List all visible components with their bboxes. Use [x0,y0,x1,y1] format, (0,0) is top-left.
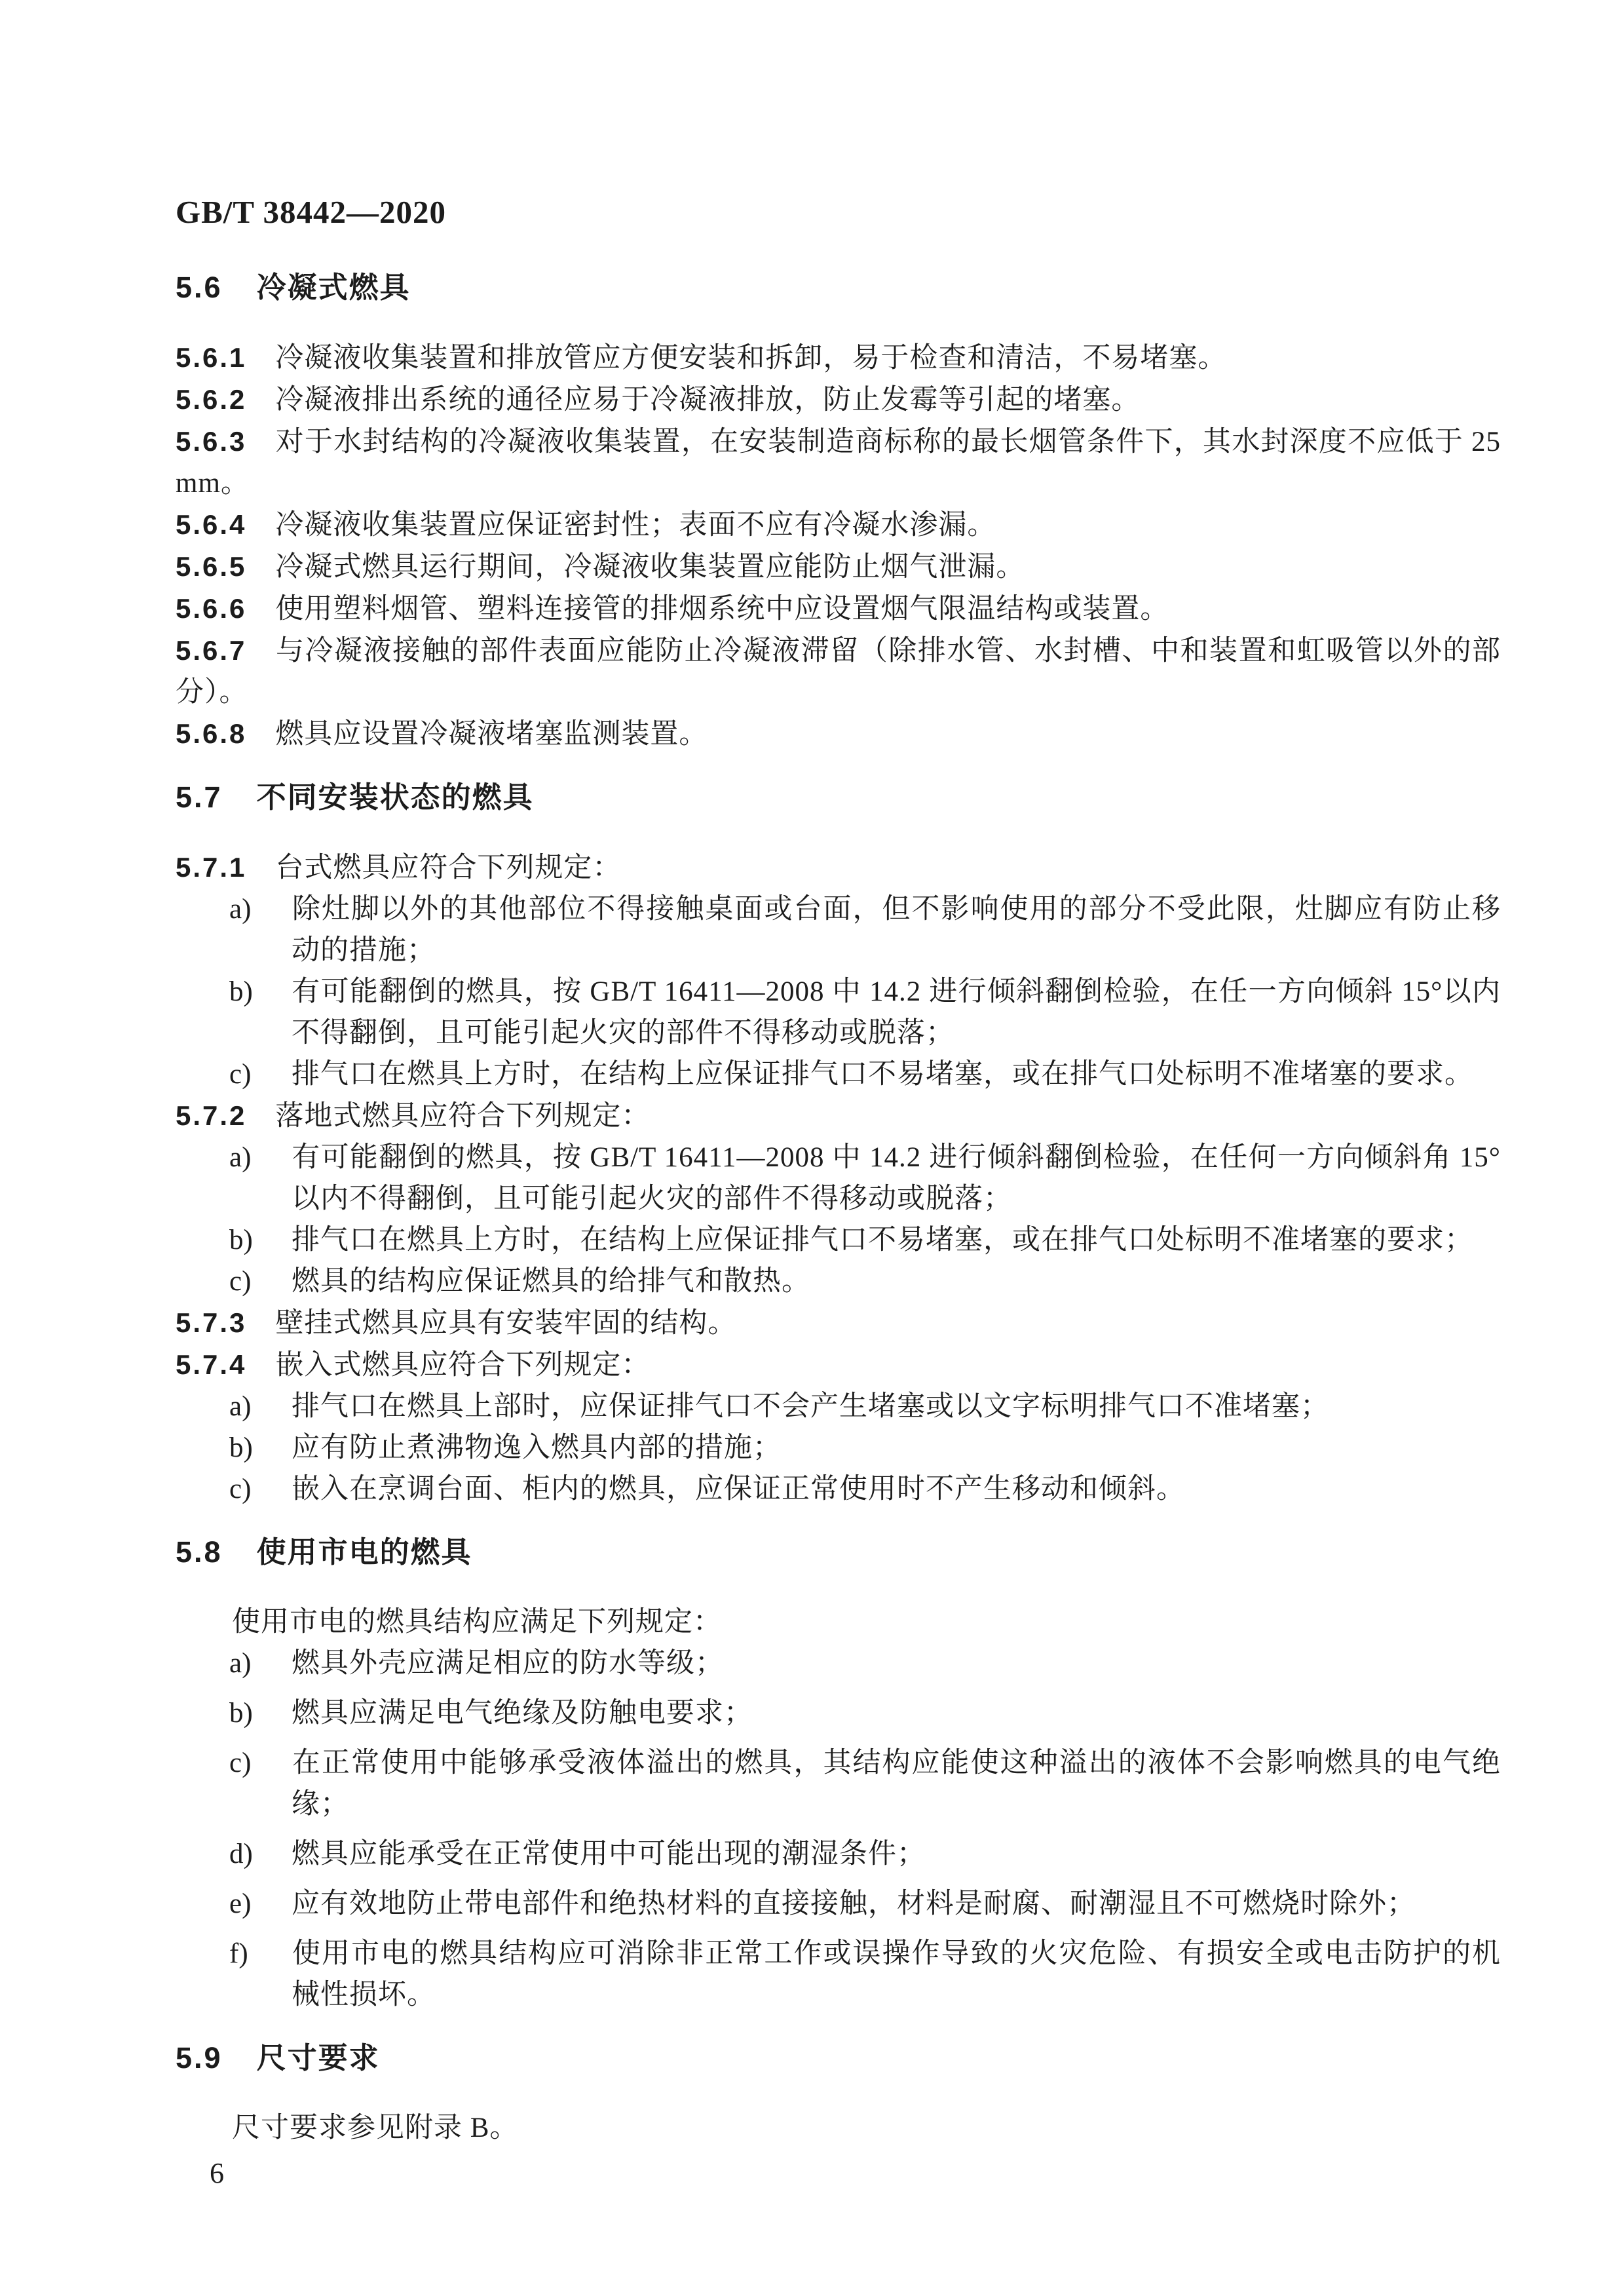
clause-5-6-6: 5.6.6使用塑料烟管、塑料连接管的排烟系统中应设置烟气限温结构或装置。 [176,588,1501,630]
clause-text: 台式燃具应符合下列规定： [275,852,621,883]
item-text: 排气口在燃具上部时，应保证排气口不会产生堵塞或以文字标明排气口不准堵塞； [292,1391,1329,1422]
item-marker: b) [229,1427,292,1468]
list-item-5-8-d: d)燃具应能承受在正常使用中可能出现的潮湿条件； [229,1833,1501,1875]
item-text: 燃具应满足电气绝缘及防触电要求； [292,1698,753,1729]
clause-text: 嵌入式燃具应符合下列规定： [275,1350,650,1381]
clause-text: 冷凝液收集装置和排放管应方便安装和拆卸，易于检查和清洁，不易堵塞。 [275,343,1226,373]
list-item-5-7-2-a: a)有可能翻倒的燃具，按 GB/T 16411—2008 中 14.2 进行倾斜… [229,1137,1501,1219]
list-item-5-7-1-b: b)有可能翻倒的燃具，按 GB/T 16411—2008 中 14.2 进行倾斜… [229,971,1501,1054]
list-item-5-7-4-c: c)嵌入在烹调台面、柜内的燃具，应保证正常使用时不产生移动和倾斜。 [229,1468,1501,1510]
list-item-5-8-f: f)使用市电的燃具结构应可消除非正常工作或误操作导致的火灾危险、有损安全或电击防… [229,1933,1501,2016]
clause-number: 5.6.3 [176,426,246,457]
document-page: GB/T 38442—2020 5.6冷凝式燃具 5.6.1冷凝液收集装置和排放… [0,0,1624,2296]
list-item-5-7-1-c: c)排气口在燃具上方时，在结构上应保证排气口不易堵塞，或在排气口处标明不准堵塞的… [229,1054,1501,1095]
clause-number: 5.7.4 [176,1349,246,1380]
clause-5-6-1: 5.6.1冷凝液收集装置和排放管应方便安装和拆卸，易于检查和清洁，不易堵塞。 [176,337,1501,379]
clause-number: 5.6.2 [176,384,246,415]
clause-text: 冷凝式燃具运行期间，冷凝液收集装置应能防止烟气泄漏。 [275,552,1025,583]
list-item-5-8-b: b)燃具应满足电气绝缘及防触电要求； [229,1693,1501,1734]
section-number: 5.9 [176,2041,223,2075]
item-marker: c) [229,1742,292,1784]
clause-text: 落地式燃具应符合下列规定： [275,1101,650,1132]
paragraph-5-9: 尺寸要求参见附录 B。 [176,2107,1501,2149]
item-marker: b) [229,971,292,1012]
item-marker: a) [229,1643,292,1684]
list-item-5-8-a: a)燃具外壳应满足相应的防水等级； [229,1643,1501,1684]
section-number: 5.6 [176,271,223,304]
clause-text: 冷凝液收集装置应保证密封性；表面不应有冷凝水渗漏。 [275,510,996,541]
clause-number: 5.6.1 [176,342,246,373]
clause-number: 5.6.7 [176,635,246,666]
item-marker: a) [229,889,292,930]
item-marker: f) [229,1933,292,1974]
clause-text: 使用塑料烟管、塑料连接管的排烟系统中应设置烟气限温结构或装置。 [275,594,1169,624]
item-text: 燃具的结构应保证燃具的给排气和散热。 [292,1266,810,1297]
list-item-5-7-4-b: b)应有防止煮沸物逸入燃具内部的措施； [229,1427,1501,1468]
section-heading-5-8: 5.8使用市电的燃具 [176,1533,1501,1571]
item-text: 在正常使用中能够承受液体溢出的燃具，其结构应能使这种溢出的液体不会影响燃具的电气… [292,1748,1501,1820]
item-marker: e) [229,1883,292,1924]
clause-number: 5.6.6 [176,593,246,624]
clause-5-7-4: 5.7.4嵌入式燃具应符合下列规定： [176,1344,1501,1386]
clause-5-6-8: 5.6.8燃具应设置冷凝液堵塞监测装置。 [176,713,1501,755]
section-title: 冷凝式燃具 [257,271,411,304]
clause-number: 5.7.3 [176,1307,246,1338]
list-item-5-7-2-b: b)排气口在燃具上方时，在结构上应保证排气口不易堵塞，或在排气口处标明不准堵塞的… [229,1219,1501,1261]
item-marker: a) [229,1386,292,1427]
item-text: 除灶脚以外的其他部位不得接触桌面或台面，但不影响使用的部分不受此限，灶脚应有防止… [292,894,1501,966]
list-item-5-7-4-a: a)排气口在燃具上部时，应保证排气口不会产生堵塞或以文字标明排气口不准堵塞； [229,1386,1501,1427]
section-number: 5.7 [176,780,223,814]
paragraph-5-8-intro: 使用市电的燃具结构应满足下列规定： [176,1601,1501,1643]
clause-5-7-1: 5.7.1台式燃具应符合下列规定： [176,847,1501,889]
clause-5-6-5: 5.6.5冷凝式燃具运行期间，冷凝液收集装置应能防止烟气泄漏。 [176,546,1501,588]
clause-number: 5.7.1 [176,852,246,883]
item-text: 有可能翻倒的燃具，按 GB/T 16411—2008 中 14.2 进行倾斜翻倒… [292,1142,1501,1214]
item-text: 排气口在燃具上方时，在结构上应保证排气口不易堵塞，或在排气口处标明不准堵塞的要求… [292,1225,1473,1255]
section-title: 不同安装状态的燃具 [257,780,534,814]
clause-5-6-7: 5.6.7与冷凝液接触的部件表面应能防止冷凝液滞留（除排水管、水封槽、中和装置和… [176,630,1501,713]
section-title: 尺寸要求 [257,2041,380,2075]
section-heading-5-9: 5.9尺寸要求 [176,2039,1501,2077]
item-marker: c) [229,1468,292,1510]
clause-5-6-2: 5.6.2冷凝液排出系统的通径应易于冷凝液排放，防止发霉等引起的堵塞。 [176,379,1501,421]
clause-number: 5.6.5 [176,551,246,582]
list-item-5-7-1-a: a)除灶脚以外的其他部位不得接触桌面或台面，但不影响使用的部分不受此限，灶脚应有… [229,889,1501,971]
clause-number: 5.7.2 [176,1100,246,1131]
item-text: 嵌入在烹调台面、柜内的燃具，应保证正常使用时不产生移动和倾斜。 [292,1474,1185,1504]
item-text: 使用市电的燃具结构应可消除非正常工作或误操作导致的火灾危险、有损安全或电击防护的… [292,1938,1501,2010]
clause-text: 与冷凝液接触的部件表面应能防止冷凝液滞留（除排水管、水封槽、中和装置和虹吸管以外… [176,636,1501,708]
standard-number: GB/T 38442—2020 [176,194,446,230]
list-item-5-8-e: e)应有效地防止带电部件和绝热材料的直接接触，材料是耐腐、耐潮湿且不可燃烧时除外… [229,1883,1501,1924]
section-heading-5-7: 5.7不同安装状态的燃具 [176,778,1501,816]
clause-text: 冷凝液排出系统的通径应易于冷凝液排放，防止发霉等引起的堵塞。 [275,385,1140,415]
clause-number: 5.6.8 [176,718,246,749]
item-text: 应有防止煮沸物逸入燃具内部的措施； [292,1432,782,1463]
page-number: 6 [210,2157,224,2190]
list-item-5-7-2-c: c)燃具的结构应保证燃具的给排气和散热。 [229,1261,1501,1302]
item-text: 排气口在燃具上方时，在结构上应保证排气口不易堵塞，或在排气口处标明不准堵塞的要求… [292,1059,1473,1090]
clause-5-6-3: 5.6.3对于水封结构的冷凝液收集装置，在安装制造商标称的最长烟管条件下，其水封… [176,421,1501,504]
clause-text: 对于水封结构的冷凝液收集装置，在安装制造商标称的最长烟管条件下，其水封深度不应低… [176,427,1501,499]
item-text: 燃具外壳应满足相应的防水等级； [292,1648,724,1679]
item-text: 应有效地防止带电部件和绝热材料的直接接触，材料是耐腐、耐潮湿且不可燃烧时除外； [292,1888,1416,1919]
clause-text: 壁挂式燃具应具有安装牢固的结构。 [275,1308,736,1339]
section-heading-5-6: 5.6冷凝式燃具 [176,269,1501,307]
clause-5-7-3: 5.7.3壁挂式燃具应具有安装牢固的结构。 [176,1302,1501,1344]
item-marker: b) [229,1693,292,1734]
clause-text: 燃具应设置冷凝液堵塞监测装置。 [275,719,708,750]
item-text: 燃具应能承受在正常使用中可能出现的潮湿条件； [292,1839,926,1869]
clause-5-6-4: 5.6.4冷凝液收集装置应保证密封性；表面不应有冷凝水渗漏。 [176,504,1501,546]
page-header: GB/T 38442—2020 [176,195,1501,229]
item-marker: c) [229,1261,292,1302]
list-item-5-8-c: c)在正常使用中能够承受液体溢出的燃具，其结构应能使这种溢出的液体不会影响燃具的… [229,1742,1501,1825]
item-marker: d) [229,1833,292,1875]
clause-5-7-2: 5.7.2落地式燃具应符合下列规定： [176,1095,1501,1137]
item-text: 有可能翻倒的燃具，按 GB/T 16411—2008 中 14.2 进行倾斜翻倒… [292,976,1501,1048]
section-number: 5.8 [176,1535,223,1569]
item-marker: c) [229,1054,292,1095]
item-marker: a) [229,1137,292,1178]
section-title: 使用市电的燃具 [257,1535,472,1569]
item-marker: b) [229,1219,292,1261]
clause-number: 5.6.4 [176,509,246,540]
